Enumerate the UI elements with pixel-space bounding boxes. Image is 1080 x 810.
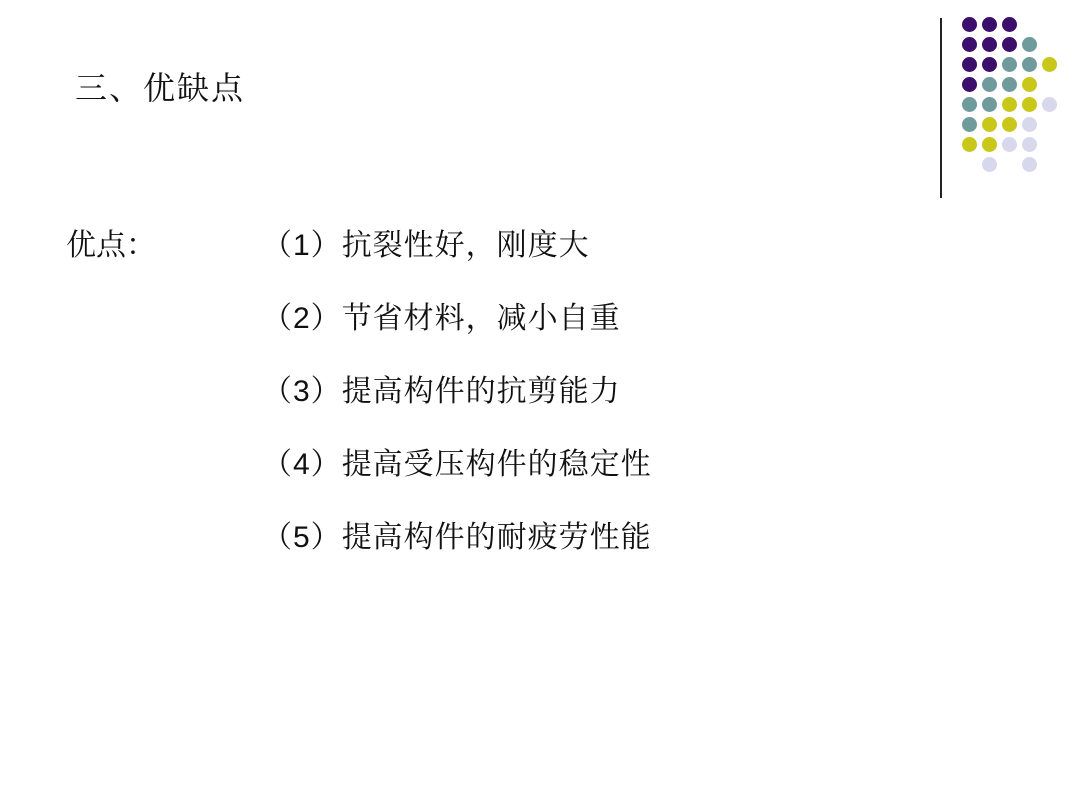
- decorative-dot: [1002, 97, 1017, 112]
- list-item: （1）抗裂性好，刚度大: [262, 224, 652, 268]
- decorative-dot: [1022, 57, 1037, 72]
- decorative-dot: [1002, 77, 1017, 92]
- decorative-dot: [962, 97, 977, 112]
- list-item: （2）节省材料，减小自重: [262, 297, 652, 341]
- advantages-label: 优点：: [66, 224, 156, 268]
- item-number: （2）: [262, 302, 342, 335]
- decorative-dot: [1002, 137, 1017, 152]
- decorative-dot: [982, 97, 997, 112]
- decorative-dot: [1022, 77, 1037, 92]
- decorative-dot: [1022, 117, 1037, 132]
- decorative-dot: [1002, 117, 1017, 132]
- decorative-dot: [982, 17, 997, 32]
- decorative-dot: [982, 57, 997, 72]
- slide-title: 三、优缺点: [75, 66, 245, 110]
- decorative-dot: [982, 157, 997, 172]
- item-number: （4）: [262, 448, 342, 481]
- item-number: （3）: [262, 375, 342, 408]
- decorative-dot: [962, 37, 977, 52]
- decorative-dot: [962, 77, 977, 92]
- list-item: （3）提高构件的抗剪能力: [262, 370, 652, 414]
- item-number: （1）: [262, 229, 342, 262]
- item-text: 提高受压构件的稳定性: [342, 447, 652, 482]
- decorative-dot: [1022, 37, 1037, 52]
- decorative-dot: [982, 117, 997, 132]
- decorative-dot: [962, 117, 977, 132]
- list-item: （4）提高受压构件的稳定性: [262, 443, 652, 487]
- item-text: 提高构件的抗剪能力: [342, 374, 621, 409]
- advantages-list: （1）抗裂性好，刚度大 （2）节省材料，减小自重 （3）提高构件的抗剪能力 （4…: [262, 224, 652, 589]
- decorative-dot: [1002, 37, 1017, 52]
- decorative-dot: [962, 17, 977, 32]
- item-number: （5）: [262, 521, 342, 554]
- decorative-dot: [1022, 157, 1037, 172]
- decorative-dot: [962, 57, 977, 72]
- decorative-dot: [982, 77, 997, 92]
- decorative-vertical-line: [940, 18, 942, 198]
- item-text: 提高构件的耐疲劳性能: [342, 520, 652, 555]
- decorative-dot: [982, 37, 997, 52]
- decorative-dot: [1002, 17, 1017, 32]
- decorative-dot: [1042, 57, 1057, 72]
- decorative-dot: [962, 137, 977, 152]
- list-item: （5）提高构件的耐疲劳性能: [262, 516, 652, 560]
- decorative-dot: [1002, 57, 1017, 72]
- decorative-dot: [982, 137, 997, 152]
- item-text: 抗裂性好，刚度大: [342, 228, 590, 263]
- decorative-dot: [1022, 137, 1037, 152]
- decorative-dot: [1042, 97, 1057, 112]
- decorative-dot: [1022, 97, 1037, 112]
- item-text: 节省材料，减小自重: [342, 301, 621, 336]
